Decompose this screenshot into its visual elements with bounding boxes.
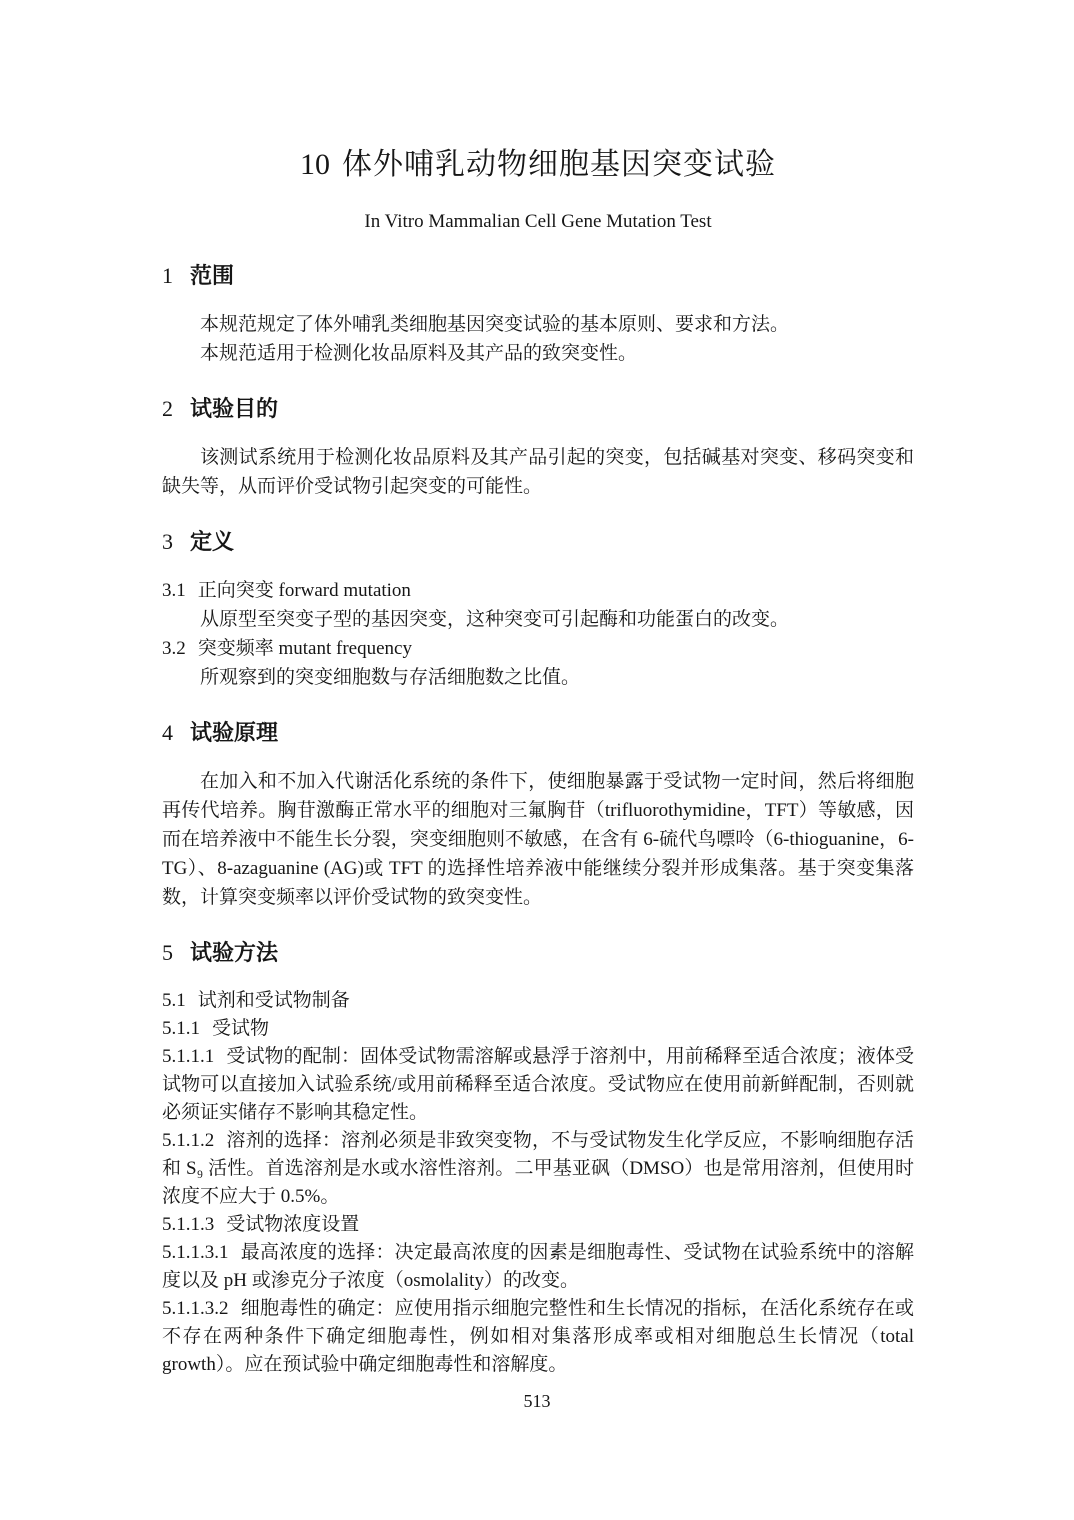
clause-number: 3.2 [162, 638, 198, 659]
clause-number: 5.1.1.3.1 [162, 1242, 241, 1263]
definition-description: 所观察到的突变细胞数与存活细胞数之比值。 [162, 663, 914, 692]
section-heading-method: 5试验方法 [162, 938, 914, 968]
paragraph: 本规范适用于检测化妆品原料及其产品的致突变性。 [162, 339, 914, 368]
definition-term: 3.1正向突变 forward mutation [162, 576, 914, 605]
clause-text: 最高浓度的选择：决定最高浓度的因素是细胞毒性、受试物在试验系统中的溶解度以及 p… [162, 1242, 914, 1291]
section-title: 范围 [190, 263, 234, 288]
clause-text: 受试物的配制：固体受试物需溶解或悬浮于溶剂中，用前稀释至适合浓度；液体受试物可以… [162, 1046, 914, 1123]
section-heading-purpose: 2试验目的 [162, 394, 914, 424]
term-text: 正向突变 forward mutation [198, 580, 411, 601]
method-clause-list: 5.1试剂和受试物制备 5.1.1受试物 5.1.1.1受试物的配制：固体受试物… [162, 987, 914, 1379]
definition-term: 3.2突变频率 mutant frequency [162, 634, 914, 663]
clause: 5.1.1.3受试物浓度设置 [162, 1211, 914, 1239]
section-title: 试验方法 [190, 940, 278, 965]
section-title: 试验原理 [190, 720, 278, 745]
term-text: 突变频率 mutant frequency [198, 638, 412, 659]
paragraph: 该测试系统用于检测化妆品原料及其产品引起的突变，包括碱基对突变、移码突变和缺失等… [162, 443, 914, 501]
section-number: 4 [162, 720, 173, 745]
definition-description: 从原型至突变子型的基因突变，这种突变可引起酶和功能蛋白的改变。 [162, 605, 914, 634]
section-title: 试验目的 [190, 396, 278, 421]
clause-text: 受试物浓度设置 [226, 1214, 359, 1235]
page-number: 513 [0, 1390, 1074, 1412]
clause-text: 试剂和受试物制备 [198, 990, 350, 1011]
document-page: 10体外哺乳动物细胞基因突变试验 In Vitro Mammalian Cell… [0, 0, 1074, 1520]
section-number: 5 [162, 940, 173, 965]
section-title: 定义 [190, 529, 234, 554]
clause: 5.1试剂和受试物制备 [162, 987, 914, 1015]
clause-number: 5.1.1.3 [162, 1214, 226, 1235]
chapter-title-text: 体外哺乳动物细胞基因突变试验 [342, 148, 776, 181]
chapter-subtitle-english: In Vitro Mammalian Cell Gene Mutation Te… [162, 209, 914, 235]
clause-text: 溶剂的选择：溶剂必须是非致突变物，不与受试物发生化学反应，不影响细胞存活和 S₉… [162, 1130, 914, 1207]
clause-number: 5.1.1.1 [162, 1046, 226, 1067]
section-number: 2 [162, 396, 173, 421]
clause-number: 5.1.1 [162, 1018, 212, 1039]
section-number: 3 [162, 529, 173, 554]
clause: 5.1.1.2溶剂的选择：溶剂必须是非致突变物，不与受试物发生化学反应，不影响细… [162, 1127, 914, 1211]
page-content: 10体外哺乳动物细胞基因突变试验 In Vitro Mammalian Cell… [162, 0, 914, 1379]
clause-number: 5.1 [162, 990, 198, 1011]
clause-text: 细胞毒性的确定：应使用指示细胞完整性和生长情况的指标，在活化系统存在或不存在两种… [162, 1298, 914, 1375]
paragraph: 本规范规定了体外哺乳类细胞基因突变试验的基本原则、要求和方法。 [162, 310, 914, 339]
definition-list: 3.1正向突变 forward mutation 从原型至突变子型的基因突变，这… [162, 576, 914, 692]
clause-number: 5.1.1.3.2 [162, 1298, 241, 1319]
clause: 5.1.1.1受试物的配制：固体受试物需溶解或悬浮于溶剂中，用前稀释至适合浓度；… [162, 1043, 914, 1127]
paragraph: 在加入和不加入代谢活化系统的条件下，使细胞暴露于受试物一定时间，然后将细胞再传代… [162, 767, 914, 912]
clause: 5.1.1.3.2细胞毒性的确定：应使用指示细胞完整性和生长情况的指标，在活化系… [162, 1295, 914, 1379]
clause-number: 5.1.1.2 [162, 1130, 226, 1151]
section-heading-principle: 4试验原理 [162, 718, 914, 748]
section-heading-scope: 1范围 [162, 261, 914, 291]
clause: 5.1.1受试物 [162, 1015, 914, 1043]
clause-number: 3.1 [162, 580, 198, 601]
clause: 5.1.1.3.1最高浓度的选择：决定最高浓度的因素是细胞毒性、受试物在试验系统… [162, 1239, 914, 1295]
section-number: 1 [162, 263, 173, 288]
chapter-title: 10体外哺乳动物细胞基因突变试验 [162, 145, 914, 185]
chapter-number: 10 [300, 148, 330, 181]
section-heading-definitions: 3定义 [162, 527, 914, 557]
clause-text: 受试物 [212, 1018, 269, 1039]
